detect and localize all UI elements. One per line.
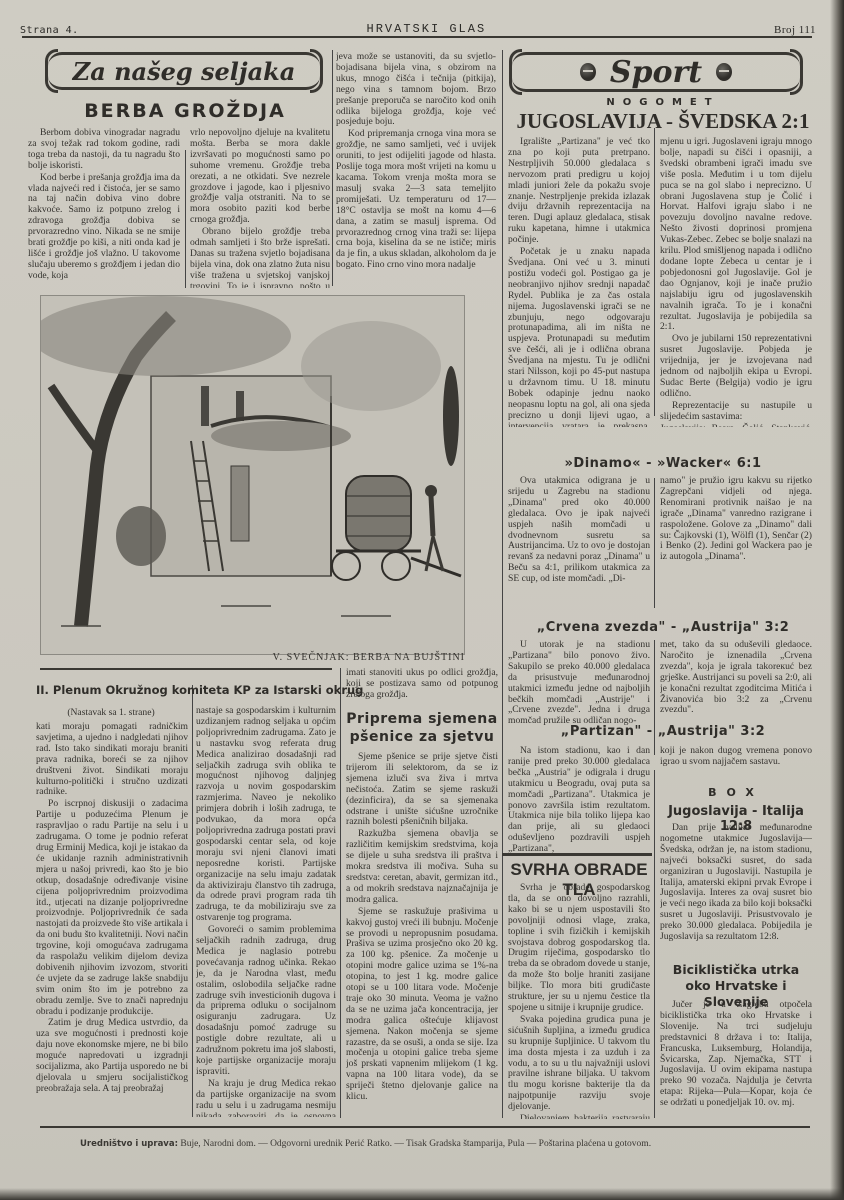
farmhouse-drawing-icon [41,296,465,655]
article-body: met, tako da su oduševili gledaoce. Naro… [660,640,812,728]
article-body: namo" je pružio igru kakvu su rijetko Za… [660,476,812,608]
section-rule [502,853,652,856]
article-title-partizan: „Partizan" - „Austrija" 3:2 [508,724,818,739]
article-title-dinamo: »Dinamo« - »Wacker« 6:1 [508,456,818,471]
imprint-footer: Uredništvo i uprava: Buje, Narodni dom. … [80,1139,780,1149]
column-divider [192,685,193,1117]
article-body: mjenu u igri. Jugoslaveni igraju mnogo b… [660,137,812,427]
column-divider [340,668,341,1118]
football-icon [716,63,732,81]
article-title: BERBA GROŽDJA [40,100,330,122]
article-body: Na istom stadionu, kao i dan ranije pred… [508,746,650,858]
issue-number: Broj 111 [774,24,816,36]
article-body: Ova utakmica odigrana je u srijedu u Zag… [508,476,650,608]
article-body: Berbom dobiva vinogradar nagradu za svoj… [28,128,180,288]
column-divider [185,150,186,288]
footer-label: Uredništvo i uprava: [80,1139,178,1149]
article-body: kati moraju pomagati radničkim savjetima… [36,722,188,1117]
column-divider [654,128,655,416]
section-rule [40,668,332,670]
section-banner-sport: Sport [512,52,800,92]
illustration-caption: V. SVEČNJAK: BERBA NA BUJŠTINI [40,652,465,663]
column-divider [502,50,503,1118]
masthead: Strana 4. HRVATSKI GLAS Broj 111 [20,18,816,36]
footer-text: Buje, Narodni dom. — Odgovorni urednik P… [180,1139,651,1149]
article-body: imati stanoviti ukus po odlici grožđja, … [346,668,498,704]
column-divider [332,50,333,286]
section-banner-seljak: Za našeg seljaka [48,52,320,90]
column-divider [654,770,655,1118]
article-body: jeva može se ustanoviti, da su svjetlo-b… [336,52,496,322]
article-body: Jučer je u Zagrebu otpočela biciklističk… [660,1000,812,1118]
article-body: Svrha je obrade gospodarskog tla, da se … [508,883,650,1119]
article-title-zvezda: „Crvena zvezda" - „Austrija" 3:2 [508,620,818,635]
category-label: BOX [660,786,812,799]
article-subtitle: (Nastavak sa 1. strane) [36,708,186,719]
article-title-main-match: JUGOSLAVIJA - ŠVEDSKA 2:1 [508,109,818,134]
category-label: NOGOMET [508,97,818,108]
article-body: nastaje sa gospodarskim i kulturnim uzdi… [196,706,336,1117]
illustration-berba [40,295,465,655]
section-title: Sport [610,55,702,90]
football-icon [580,63,596,81]
article-body: Sjeme pšenice se prije sjetve čisti trij… [346,752,498,1117]
article-body: Igralište „Partizana" je već tko zna po … [508,137,650,427]
article-body: Dan prije velike međunarodne nogometne u… [660,823,812,953]
footer-rule [40,1126,810,1128]
paper-name: HRVATSKI GLAS [367,22,487,36]
article-body: koji je nakon dugog vremena ponovo igrao… [660,746,812,786]
section-title: Za našeg seljaka [73,57,296,86]
article-body: U utorak je na stadionu „Partizana" bilo… [508,640,650,728]
article-title-sjeme: Priprema sjemena pšenice za sjetvu [346,710,498,746]
page-number: Strana 4. [20,25,79,36]
masthead-rule [22,36,812,38]
column-divider [654,478,655,608]
page-bottom-shadow [0,1188,844,1200]
page-edge-shadow [830,0,844,1200]
article-body: vrlo nepovoljno djeluje na kvalitetu moš… [190,128,330,288]
article-title-plenum: II. Plenum Okružnog komiteta KP za Istar… [36,683,336,697]
